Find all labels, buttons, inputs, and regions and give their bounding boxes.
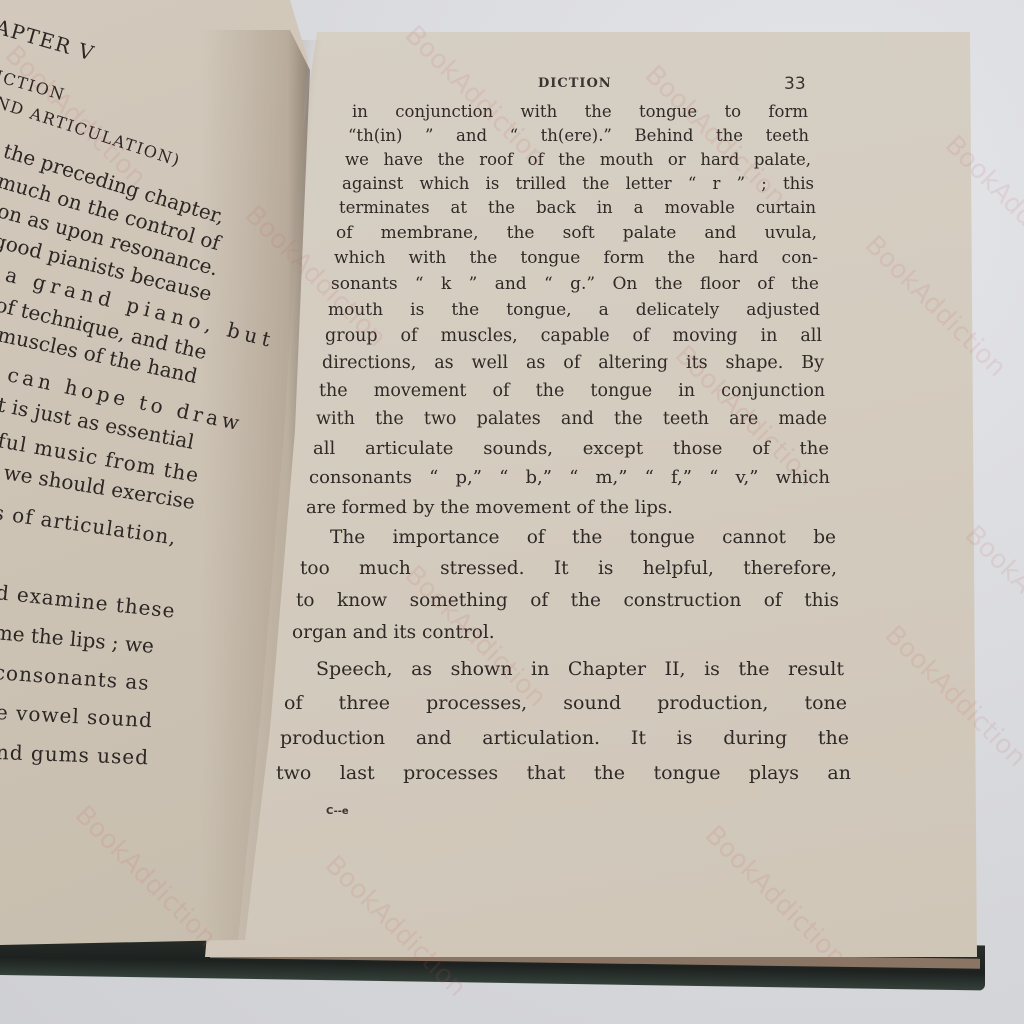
text-line: terminates at the back in a movable curt… bbox=[339, 198, 816, 217]
text-line: “th(in) ” and “ th(ere).” Behind the tee… bbox=[348, 126, 809, 145]
text-line: The importance of the tongue cannot be bbox=[330, 527, 836, 548]
text-line: are formed by the movement of the lips. bbox=[306, 497, 766, 518]
signature-mark: C--e bbox=[326, 806, 349, 817]
page-number: 33 bbox=[784, 74, 806, 94]
text-line: to know something of the construction of… bbox=[296, 590, 839, 611]
text-line: directions, as well as of altering its s… bbox=[322, 353, 824, 373]
right-page bbox=[205, 32, 977, 957]
text-line: nd gums used bbox=[0, 740, 149, 769]
text-line: Speech, as shown in Chapter II, is the r… bbox=[316, 658, 844, 680]
text-line: in conjunction with the tongue to form bbox=[352, 102, 808, 121]
text-line: against which is trilled the letter “ r … bbox=[342, 174, 814, 193]
text-line: too much stressed. It is helpful, theref… bbox=[300, 558, 837, 579]
text-line: group of muscles, capable of moving in a… bbox=[325, 326, 822, 346]
text-line: sonants “ k ” and “ g.” On the floor of … bbox=[331, 274, 819, 294]
text-line: we have the roof of the mouth or hard pa… bbox=[345, 150, 811, 169]
text-line: the movement of the tongue in conjunctio… bbox=[319, 381, 825, 401]
text-line: of three processes, sound production, to… bbox=[284, 692, 847, 714]
text-line: with the two palates and the teeth are m… bbox=[316, 409, 827, 429]
text-line: organ and its control. bbox=[292, 622, 532, 643]
text-line: of membrane, the soft palate and uvula, bbox=[336, 223, 817, 243]
text-line: production and articulation. It is durin… bbox=[280, 727, 849, 749]
running-head: DICTION bbox=[538, 76, 612, 91]
text-line: all articulate sounds, except those of t… bbox=[313, 438, 829, 459]
text-line: two last processes that the tongue plays… bbox=[276, 762, 851, 784]
text-line: which with the tongue form the hard con- bbox=[334, 248, 818, 268]
text-line: consonants “ p,” “ b,” “ m,” “ f,” “ v,”… bbox=[309, 467, 830, 488]
text-line: mouth is the tongue, a delicately adjust… bbox=[328, 300, 820, 320]
